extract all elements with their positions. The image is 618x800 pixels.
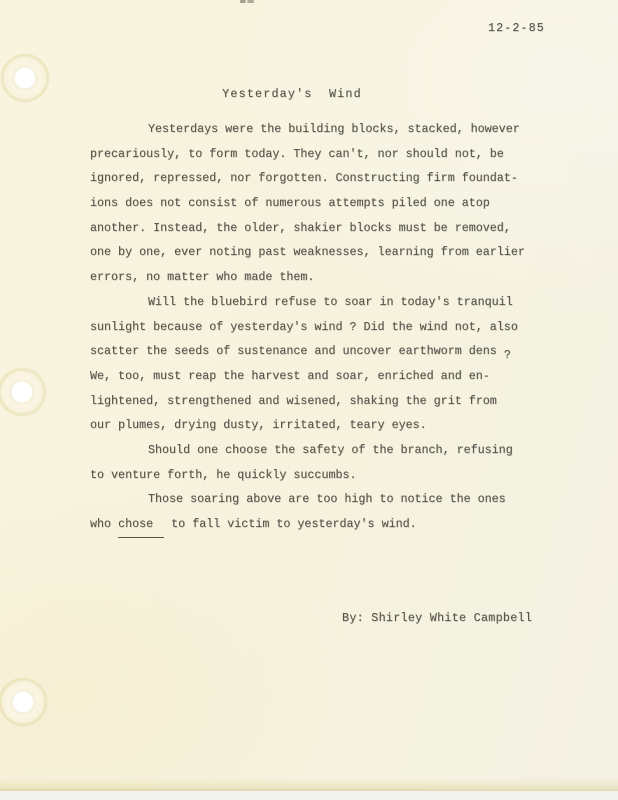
scanner-background <box>0 791 618 800</box>
text-line: ions does not consist of numerous attemp… <box>90 191 550 216</box>
punch-hole-bottom <box>0 676 49 728</box>
punch-hole-middle <box>0 366 48 418</box>
text-line: Should one choose the safety of the bran… <box>90 438 550 463</box>
document-page: 12-2-85 Yesterday's Wind Yesterdays were… <box>0 0 618 791</box>
text-line: sunlight because of yesterday's wind ? D… <box>90 315 550 340</box>
text-line: errors, no matter who made them. <box>90 265 550 290</box>
document-title: Yesterday's Wind <box>0 87 601 101</box>
document-body: Yesterdays were the building blocks, sta… <box>90 117 550 537</box>
date-stamp: 12-2-85 <box>488 21 545 35</box>
text-line: Those soaring above are too high to noti… <box>90 487 550 512</box>
text-line: to venture forth, he quickly succumbs. <box>90 463 550 488</box>
text-line: who chose to fall victim to yesterday's … <box>90 512 550 537</box>
text-line: We, too, must reap the harvest and soar,… <box>90 364 550 389</box>
text-line: Will the bluebird refuse to soar in toda… <box>90 290 550 315</box>
text-line: ignored, repressed, nor forgotten. Const… <box>90 166 550 191</box>
author-byline: By: Shirley White Campbell <box>342 611 532 625</box>
staple-smudge-mark <box>240 0 254 3</box>
underlined-word: chose <box>118 512 164 538</box>
text-line: scatter the seeds of sustenance and unco… <box>90 339 550 364</box>
text-line: lightened, strengthened and wisened, sha… <box>90 389 550 414</box>
text-line: Yesterdays were the building blocks, sta… <box>90 117 550 142</box>
text-line: another. Instead, the older, shakier blo… <box>90 216 550 241</box>
text-line: one by one, ever noting past weaknesses,… <box>90 240 550 265</box>
text-line: precariously, to form today. They can't,… <box>90 142 550 167</box>
text-line: our plumes, drying dusty, irritated, tea… <box>90 413 550 438</box>
